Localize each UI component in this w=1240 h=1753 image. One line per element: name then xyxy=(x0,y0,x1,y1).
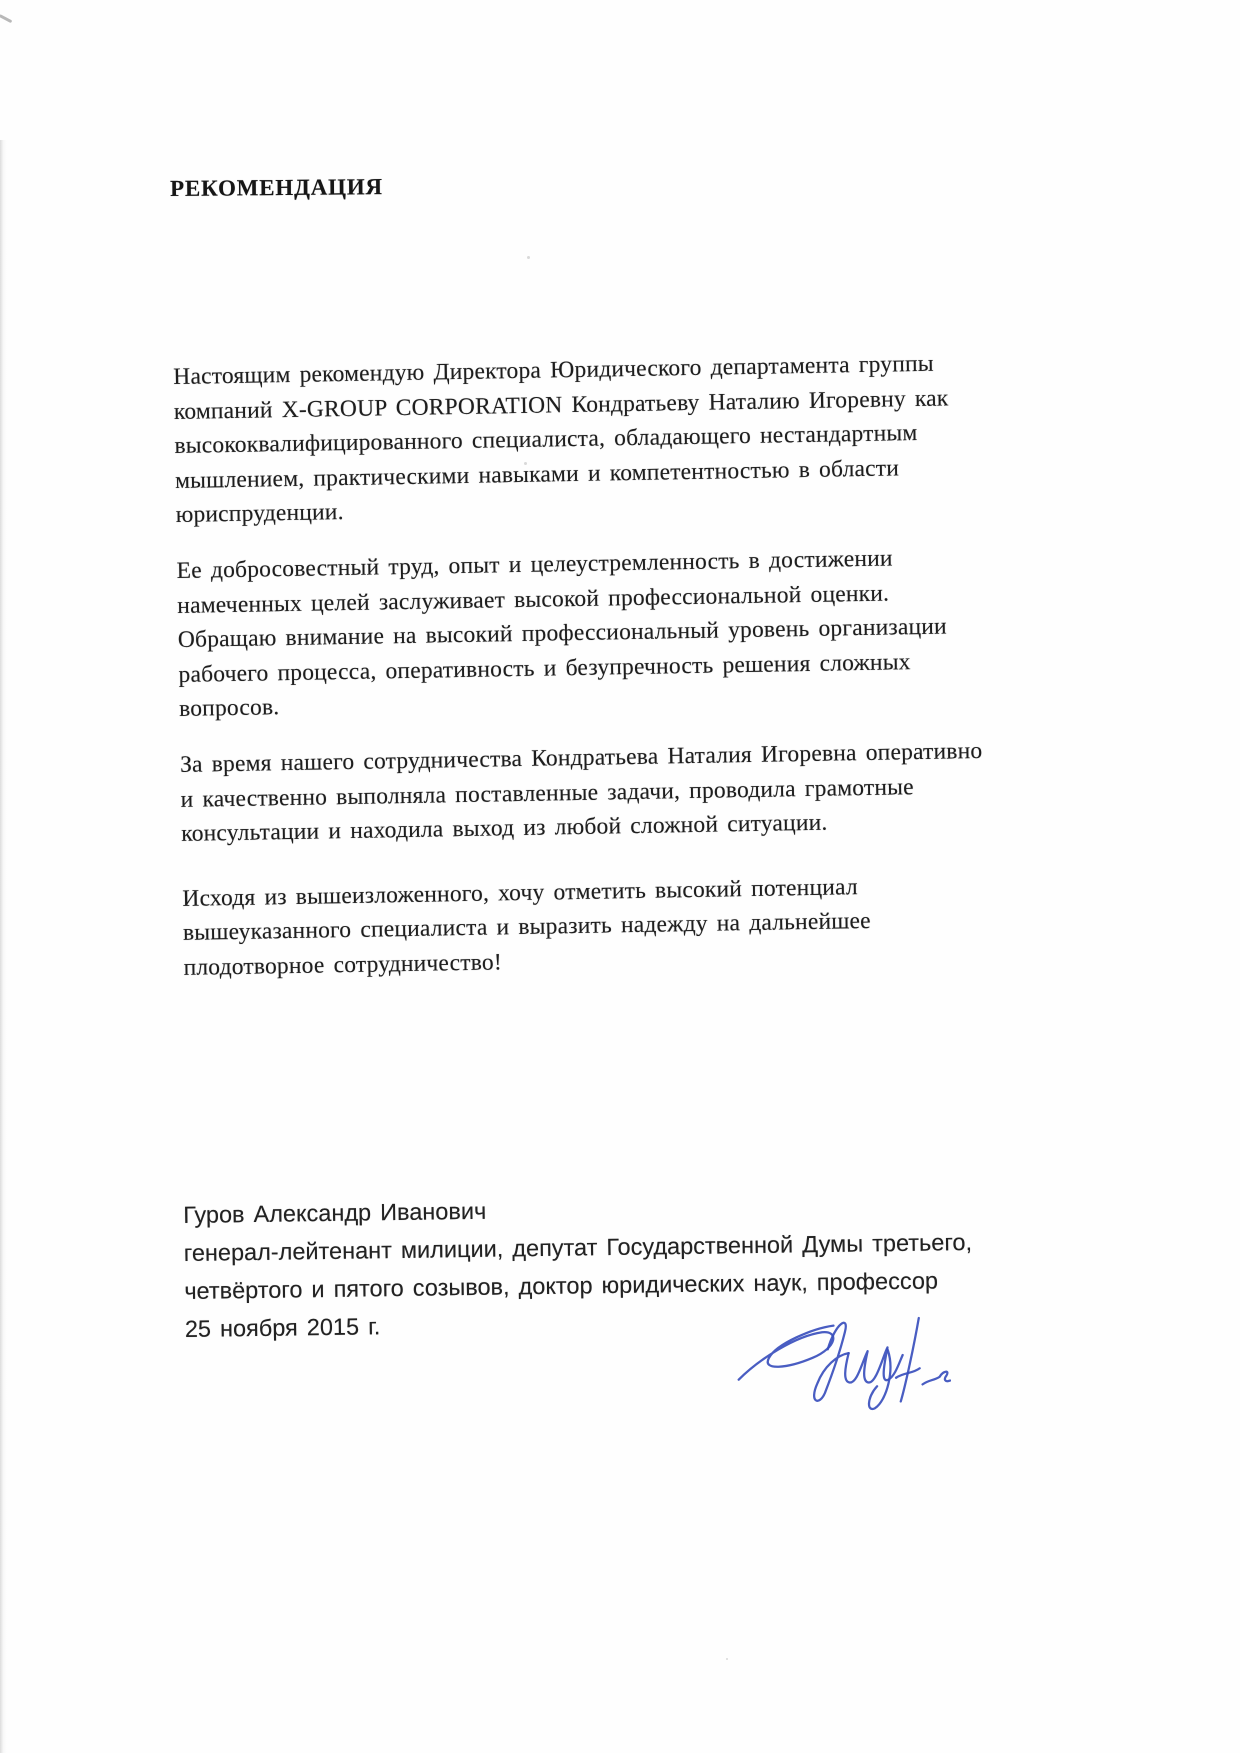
signatory-block: Гуров Александр Ивановичгенерал-лейтенан… xyxy=(183,1183,1105,1348)
paragraph: Исходя из вышеизложенного, хочу отметить… xyxy=(182,866,1084,985)
paragraph: Настоящим рекомендую Директора Юридическ… xyxy=(173,344,1076,533)
scan-speckle xyxy=(527,256,530,259)
document-body: Настоящим рекомендую Директора Юридическ… xyxy=(173,344,1084,985)
handwritten-signature-icon xyxy=(733,1308,951,1420)
scan-corner-artifact xyxy=(0,14,12,23)
signature-ink xyxy=(733,1308,951,1420)
document-title: РЕКОМЕНДАЦИЯ xyxy=(170,174,383,202)
scan-speckle xyxy=(726,1658,728,1660)
document-page: РЕКОМЕНДАЦИЯ Настоящим рекомендую Директ… xyxy=(0,0,1240,1753)
paragraph: За время нашего сотрудничества Кондратье… xyxy=(180,732,1082,851)
scan-edge-artifact xyxy=(0,140,7,1753)
paragraph: Ее добросовестный труд, опыт и целеустре… xyxy=(176,538,1079,727)
